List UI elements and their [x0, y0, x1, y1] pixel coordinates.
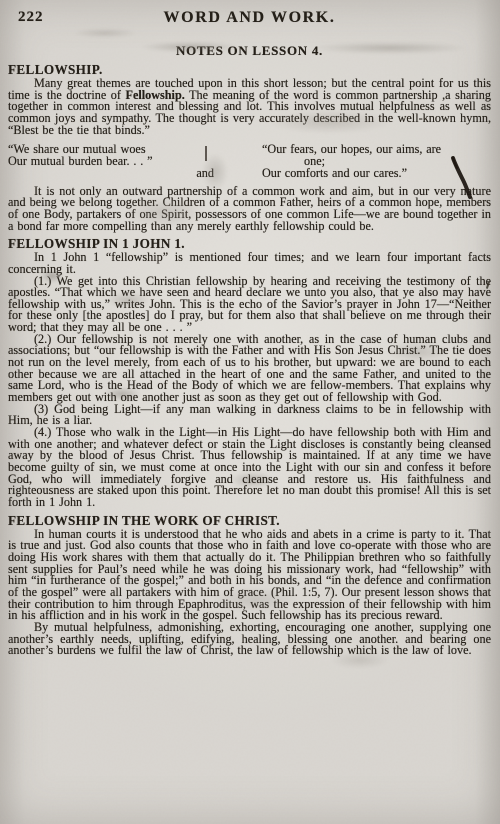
scanned-page: 222 WORD AND WORK. NOTES ON LESSON 4. FE… — [0, 0, 500, 824]
paragraph-john-intro: In 1 John 1 “fellowship” is mentioned fo… — [8, 252, 491, 275]
journal-title: WORD AND WORK. — [8, 9, 491, 27]
page-header: 222 WORD AND WORK. — [8, 8, 491, 28]
hymn-quote-block: “We share our mutual woes Our mutual bur… — [8, 143, 491, 179]
lesson-title: NOTES ON LESSON 4. — [8, 43, 491, 59]
paragraph-point-2: (2.) Our fellowship is not merely one wi… — [8, 334, 491, 404]
paragraph-work-1: In human courts it is understood that he… — [8, 529, 491, 622]
paragraph-work-2: By mutual helpfulness, admonishing, exho… — [8, 622, 491, 657]
hymn-right-line-3: Our comforts and our cares.” — [262, 167, 490, 179]
hymn-connector: and — [8, 167, 246, 179]
paragraph-point-3: (3) God being Light—if any man walking i… — [8, 404, 491, 427]
hymn-right-line-1: “Our fears, our hopes, our aims, are — [262, 143, 490, 155]
hymn-right-column: “Our fears, our hopes, our aims, are one… — [246, 143, 490, 179]
hymn-left-column: “We share our mutual woes Our mutual bur… — [8, 143, 246, 179]
paragraph-point-4: (4.) Those who walk in the Light—in His … — [8, 427, 491, 509]
paragraph-partnership: It is not only an outward partnership of… — [8, 186, 491, 233]
paragraph-point-1: (1.) We get into this Christian fellowsh… — [8, 276, 491, 334]
paragraph-fellowship-intro: Many great themes are touched upon in th… — [8, 78, 491, 136]
